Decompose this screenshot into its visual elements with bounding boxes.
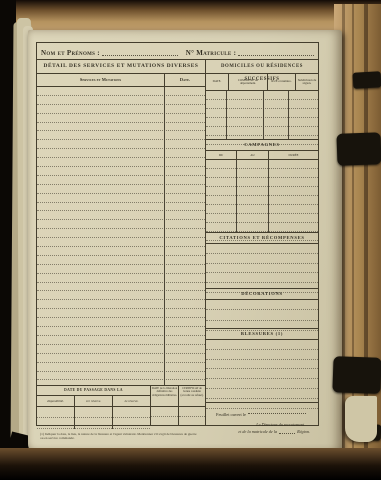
ruled-line	[206, 340, 318, 350]
ruled-line	[37, 140, 205, 149]
ruled-line	[37, 283, 205, 292]
ruled-line	[37, 105, 205, 114]
passage-table: DATE DU PASSAGE DANS LA disponibilité. 1…	[37, 385, 205, 426]
ruled-line	[37, 265, 205, 274]
passage-group: DATE DU PASSAGE DANS LA disponibilité. 1…	[37, 386, 150, 426]
ruled-line	[37, 372, 205, 381]
feuillet-label: Feuillet ouvert le	[216, 412, 248, 417]
ruled-line	[75, 407, 112, 418]
ruled-line	[37, 309, 205, 318]
reserve2-label: 2e réserve.	[113, 396, 150, 407]
ruled-line	[37, 300, 205, 309]
binder-clip	[332, 356, 381, 394]
curled-page-corner	[345, 396, 377, 442]
identity-row: Nom et Prénoms : N° Matricule :	[37, 43, 318, 60]
passage-col-disponibilite: disponibilité.	[37, 396, 75, 429]
liberation-ruled	[151, 407, 178, 426]
scanned-register-scene: Nom et Prénoms : N° Matricule : DÉTAIL D…	[0, 0, 381, 480]
matricule-blank-line	[238, 54, 314, 56]
ruled-line	[206, 187, 318, 196]
domiciles-divider	[226, 91, 227, 139]
campagnes-divider	[268, 160, 269, 232]
ruled-line	[206, 254, 318, 264]
ruled-line	[37, 354, 205, 363]
nom-label: Nom et Prénoms :	[37, 49, 102, 59]
ruled-line	[37, 131, 205, 140]
ruled-line	[37, 363, 205, 372]
ruled-line	[37, 167, 205, 176]
ruled-line	[75, 418, 112, 429]
ruled-line	[206, 214, 318, 223]
domiciles-subdivision-label: Subdivision de région.	[296, 74, 318, 90]
ruled-line	[37, 123, 205, 132]
ruled-line	[206, 300, 318, 310]
passage-title: DATE DU PASSAGE DANS LA	[37, 386, 150, 396]
blessures-ruled	[206, 340, 318, 409]
liberation-column: DATE de la libération définitive des obl…	[150, 386, 178, 426]
ruled-line	[206, 118, 318, 127]
certificat-ruled	[179, 407, 205, 426]
directeur-line: Le Directeur du recrutement	[256, 422, 304, 427]
ruled-line	[206, 127, 318, 136]
certificat-column: CERTIFICAT de bonne conduite (accordé ou…	[178, 386, 205, 426]
domiciles-column-headers: DATE. COMMUNE ou département. RUE et num…	[206, 74, 318, 91]
binder-clip	[336, 132, 381, 166]
ruled-line	[37, 220, 205, 229]
ruled-line	[206, 310, 318, 320]
services-panel-title: DÉTAIL DES SERVICES ET MUTATIONS DIVERSE…	[37, 60, 205, 74]
reserve1-label: 1re réserve.	[75, 396, 112, 407]
services-ruled-lines	[37, 87, 205, 385]
services-ruled-area	[37, 87, 205, 385]
panel-footer: Feuillet ouvert le Le Directeur du recru…	[206, 403, 318, 426]
ruled-line	[37, 203, 205, 212]
feuillet-line: Feuillet ouvert le	[216, 412, 310, 417]
services-panel: DÉTAIL DES SERVICES ET MUTATIONS DIVERSE…	[37, 60, 205, 426]
campagnes-column-headers: DU AU DURÉE	[206, 151, 318, 160]
ruled-line	[37, 158, 205, 167]
ruled-line	[37, 176, 205, 185]
ruled-line	[179, 417, 205, 426]
ruled-line	[37, 318, 205, 327]
ruled-line	[151, 417, 178, 426]
ruled-line	[206, 321, 318, 331]
date-column-label: Date.	[165, 74, 205, 86]
footnote-line2: ou en service commandé.	[40, 436, 312, 440]
ruled-line	[37, 327, 205, 336]
ruled-line	[206, 360, 318, 370]
passage-col-reserve1: 1re réserve.	[75, 396, 113, 429]
disponibilite-label: disponibilité.	[37, 396, 74, 407]
ruled-line	[206, 264, 318, 274]
ruled-line	[206, 136, 318, 145]
ruled-line	[206, 160, 318, 169]
services-column-headers: Services et Mutations Date.	[37, 74, 205, 87]
ruled-line	[37, 229, 205, 238]
ruled-line	[206, 232, 318, 241]
ruled-line	[37, 256, 205, 265]
domiciles-divider	[263, 91, 264, 139]
ruled-line	[37, 291, 205, 300]
form-outline: Nom et Prénoms : N° Matricule : DÉTAIL D…	[36, 42, 319, 426]
decorations-ruled-area	[206, 300, 318, 328]
passage-columns: disponibilité. 1re réserve. 2e réserve.	[37, 396, 150, 429]
campagnes-ruled-area	[206, 160, 318, 232]
domiciles-rue-label: RUE et numéro.	[268, 74, 296, 90]
citations-ruled-area	[206, 244, 318, 288]
citations-ruled	[206, 244, 318, 293]
ruled-line	[206, 389, 318, 399]
campagnes-du-label: DU	[206, 151, 237, 159]
nom-blank-line	[102, 54, 178, 56]
ruled-line	[206, 205, 318, 214]
domiciles-divider	[288, 91, 289, 139]
ruled-line	[113, 418, 150, 429]
register-page: Nom et Prénoms : N° Matricule : DÉTAIL D…	[28, 30, 342, 454]
ruled-line	[206, 169, 318, 178]
ruled-line	[37, 211, 205, 220]
ruled-line	[37, 247, 205, 256]
passage-ruled	[113, 407, 150, 429]
ruled-line	[206, 283, 318, 293]
passage-ruled	[37, 407, 74, 429]
ruled-line	[37, 87, 205, 96]
ruled-line	[206, 244, 318, 254]
campagnes-divider	[236, 160, 237, 232]
ruled-line	[206, 350, 318, 360]
ruled-line	[37, 407, 74, 418]
ruled-line	[206, 223, 318, 232]
ruled-line	[37, 345, 205, 354]
liberation-label: DATE de la libération définitive des obl…	[151, 386, 178, 407]
ruled-line	[206, 100, 318, 109]
ruled-line	[206, 178, 318, 187]
ruled-line	[37, 114, 205, 123]
decorations-ruled	[206, 300, 318, 331]
passage-ruled	[75, 407, 112, 429]
domiciles-panel: DOMICILES OU RÉSIDENCES SUCCESSIFS DATE.…	[205, 60, 318, 426]
passage-col-reserve2: 2e réserve.	[113, 396, 150, 429]
ruled-line	[37, 336, 205, 345]
feuillet-blank	[248, 412, 306, 414]
blessures-ruled-area	[206, 340, 318, 403]
ruled-line	[37, 96, 205, 105]
domiciles-ruled-area	[206, 91, 318, 139]
matricule-label: N° Matricule :	[182, 49, 239, 59]
book-bottom-edge	[0, 448, 381, 480]
services-column-divider	[164, 87, 165, 385]
ruled-line	[206, 91, 318, 100]
ruled-line	[37, 194, 205, 203]
services-column-label: Services et Mutations	[37, 74, 165, 86]
binder-clip	[353, 71, 381, 88]
ruled-line	[113, 407, 150, 418]
domiciles-date-label: DATE.	[206, 74, 229, 90]
footnote: (1) Indiquer la date, le lieu, la nature…	[40, 432, 312, 441]
campagnes-ruled	[206, 160, 318, 241]
ruled-line	[37, 418, 74, 429]
domiciles-panel-title: DOMICILES OU RÉSIDENCES SUCCESSIFS	[206, 60, 318, 74]
ruled-line	[151, 407, 178, 418]
campagnes-au-label: AU	[237, 151, 269, 159]
ruled-line	[37, 149, 205, 158]
ruled-line	[206, 379, 318, 389]
certificat-label: CERTIFICAT de bonne conduite (accordé ou…	[179, 386, 205, 407]
ruled-line	[37, 238, 205, 247]
domiciles-commune-label: COMMUNE ou département.	[229, 74, 268, 90]
ruled-line	[206, 273, 318, 283]
ruled-line	[37, 274, 205, 283]
domiciles-ruled	[206, 91, 318, 145]
ruled-line	[37, 185, 205, 194]
ruled-line	[37, 380, 205, 385]
ruled-line	[206, 369, 318, 379]
ruled-line	[206, 196, 318, 205]
ruled-line	[206, 109, 318, 118]
campagnes-duree-label: DURÉE	[269, 151, 318, 159]
ruled-line	[179, 407, 205, 418]
form-panels: DÉTAIL DES SERVICES ET MUTATIONS DIVERSE…	[37, 60, 318, 426]
